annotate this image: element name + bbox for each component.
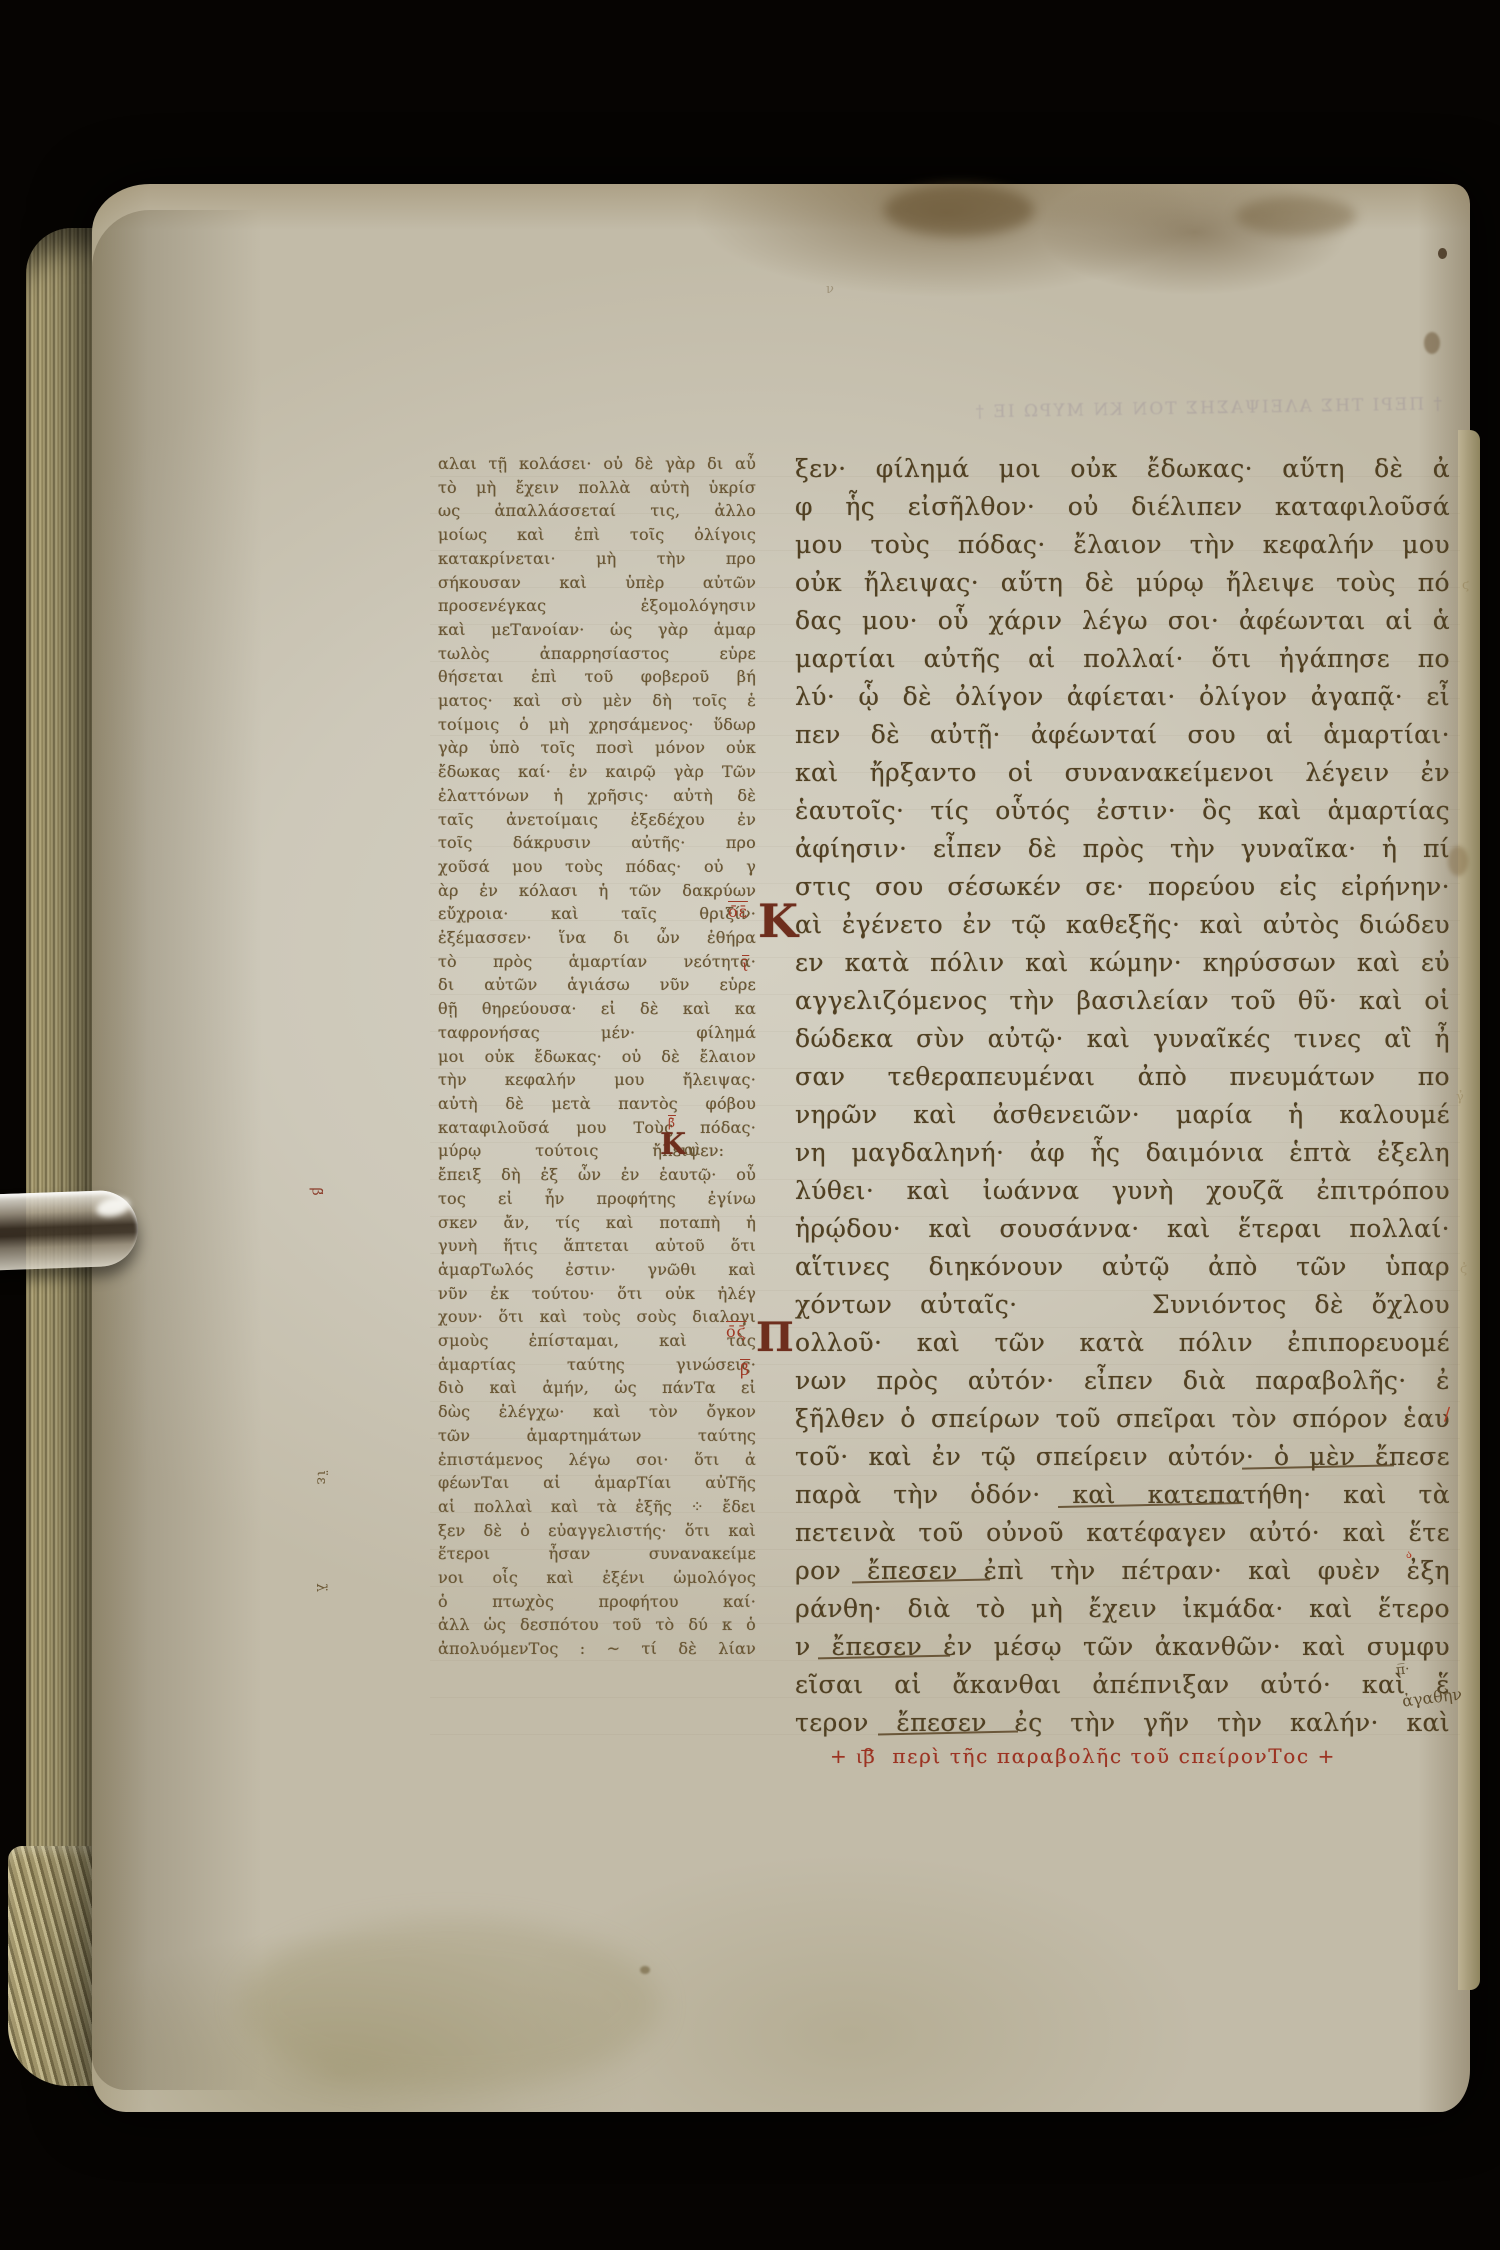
commentary-line: ἀλλ ὡς δεσπότου τοῦ τὸ δύ κ ὁ bbox=[438, 1613, 756, 1637]
margin-mark: ϛ bbox=[1462, 578, 1469, 593]
commentary-line: δὼς ἐλέγχω· καὶ τὸν ὄγκον bbox=[438, 1400, 756, 1424]
commentary-line: χοῦσά μου τοὺς πόδας· οὐ γ bbox=[438, 855, 756, 879]
canon-number: β̄ bbox=[740, 1360, 750, 1379]
commentary-line: ἔπειξ δὴ ἐξ ὧν ἐν ἑαυτῷ· οὗ bbox=[438, 1163, 756, 1187]
commentary-line: ὰρ ἐν κόλασι ἡ τῶν δακρύων bbox=[438, 879, 756, 903]
commentary-column: αλαι τῇ κολάσει· οὐ δὲ γὰρ δι αὖτὸ μὴ ἔχ… bbox=[438, 452, 756, 1661]
commentary-line: καὶ μεΤανοίαν· ὡς γὰρ ἁμαρ bbox=[438, 618, 756, 642]
commentary-line: αὐτὴ δὲ μετὰ παντὸς φόβου bbox=[438, 1092, 756, 1116]
gospel-line: αγγελιζόμενος τὴν βασιλείαν τοῦ θῦ· καὶ … bbox=[795, 982, 1450, 1020]
commentary-line: θῇ θηρεύουσα· εἰ δὲ καὶ κα bbox=[438, 997, 756, 1021]
gospel-line: πεν δὲ αὐτῇ· ἀφέωνταί σου αἱ ἁμαρτίαι· bbox=[795, 716, 1450, 754]
gospel-line: νη μαγδαληνή· ἀφ ἧς δαιμόνια ἑπτὰ ἐξελη bbox=[795, 1134, 1450, 1172]
canon-number: ῑ bbox=[742, 956, 749, 975]
gospel-line: μαρτίαι αὐτῆς αἱ πολλαί· ὅτι ἠγάπησε πο bbox=[795, 640, 1450, 678]
stain bbox=[884, 184, 1034, 236]
gospel-line: ρον ἔπεσεν ἐπὶ τὴν πέτραν· καὶ φυὲν ἐξη bbox=[795, 1552, 1450, 1590]
commentary-line: νοι οἷς καὶ ἐξένι ὡμολόγος bbox=[438, 1566, 756, 1590]
gospel-line: ἡρῴδου· καὶ σουσάννα· καὶ ἕτεραι πολλαί· bbox=[795, 1210, 1450, 1248]
commentary-line: γυνὴ ἥτις ἅπτεται αὐτοῦ ὅτι bbox=[438, 1234, 756, 1258]
commentary-line: νῦν ἐκ τούτου· ὅτι οὐκ ἠλέγ bbox=[438, 1282, 756, 1306]
commentary-line: τὴν κεφαλήν μου ἤλειψας· bbox=[438, 1068, 756, 1092]
gospel-line: εν κατὰ πόλιν καὶ κώμην· κηρύσσων καὶ εὐ bbox=[795, 944, 1450, 982]
gospel-line: νηρῶν καὶ ἀσθενειῶν· μαρία ἡ καλουμέ bbox=[795, 1096, 1450, 1134]
gospel-line: ξῆλθεν ὁ σπείρων τοῦ σπεῖραι τὸν σπόρον … bbox=[795, 1400, 1450, 1438]
commentary-line: προσενέγκας ἐξομολόγησιν bbox=[438, 594, 756, 618]
commentary-line: ἐλαττόνων ἡ χρῆσις· αὐτὴ δὲ bbox=[438, 784, 756, 808]
commentary-line: μοίως καὶ ἐπὶ τοῖς ὀλίγοις bbox=[438, 523, 756, 547]
gospel-line: λύ· ᾧ δὲ ὀλίγον ἀφίεται· ὀλίγον ἀγαπᾷ· ε… bbox=[795, 678, 1450, 716]
commentary-line: χουν· ὅτι καὶ τοὺς σοὺς διαλογι bbox=[438, 1305, 756, 1329]
commentary-canon-number: β̄ bbox=[668, 1116, 676, 1130]
commentary-line: εὔχροια· καὶ ταῖς θριξίν· bbox=[438, 902, 756, 926]
commentary-line: ἁμαρΤωλός ἐστιν· γνῶθι καὶ bbox=[438, 1258, 756, 1282]
gospel-line: ἑαυτοῖς· τίς οὗτός ἐστιν· ὃς καὶ ἁμαρτία… bbox=[795, 792, 1450, 830]
commentary-line: δι αὐτῶν ἁγιάσω νῦν εὑρε bbox=[438, 973, 756, 997]
commentary-line: ἐπιστάμενος λέγω σοι· ὅτι ἀ bbox=[438, 1448, 756, 1472]
gospel-line: χόντων αὐταῖς· Συνιόντος δὲ ὄχλου bbox=[795, 1286, 1450, 1324]
manuscript-photo: † ΠΕΡΙ ΤΗΣ ΑΛΕΙΨΑΣΗΣ ΤΟΝ ΚΝ ΜΥΡΩ ΙΕ † ν … bbox=[0, 0, 1500, 2250]
gospel-line: ἀφίησιν· εἶπεν δὲ πρὸς τὴν γυναῖκα· ἡ πί bbox=[795, 830, 1450, 868]
gospel-line: αἵτινες διηκόνουν αὐτῷ ἀπὸ τῶν ὑπαρ bbox=[795, 1248, 1450, 1286]
commentary-initial-rest: αὶ bbox=[684, 1140, 701, 1159]
commentary-line: κατακρίνεται· μὴ τὴν προ bbox=[438, 547, 756, 571]
commentary-line: τοῖς δάκρυσιν αὐτῆς· προ bbox=[438, 831, 756, 855]
commentary-line: αλαι τῇ κολάσει· οὐ δὲ γὰρ δι αὖ bbox=[438, 452, 756, 476]
margin-mark: ϊε bbox=[313, 1471, 329, 1486]
water-stain bbox=[240, 1920, 660, 2090]
gospel-line: σαν τεθεραπευμέναι ἀπὸ πνευμάτων πο bbox=[795, 1058, 1450, 1096]
stain bbox=[1438, 248, 1447, 259]
gospel-line: εῖσαι αἱ ἄκανθαι ἀπέπνιξαν αὐτό· καὶ ἕ bbox=[795, 1666, 1450, 1704]
commentary-line: αἱ πολλαὶ καὶ τὰ ἑξῆς ⁘ ἔδει bbox=[438, 1495, 756, 1519]
margin-mark: ϛ̓ bbox=[1460, 1262, 1467, 1277]
commentary-line: ἁμαρτίας ταύτης γινώσεις· bbox=[438, 1353, 756, 1377]
commentary-line: ἐξέμασσεν· ἵνα δι ὧν ἐθήρα bbox=[438, 926, 756, 950]
commentary-line: ἔδωκας καί· ἐν καιρῷ γὰρ Τῶν bbox=[438, 760, 756, 784]
gospel-line: φ ἧς εἰσῆλθον· οὐ διέλιπεν καταφιλοῦσά bbox=[795, 488, 1450, 526]
gospel-line: τοῦ· καὶ ἐν τῷ σπείρειν αὐτόν· ὁ μὲν ἔπε… bbox=[795, 1438, 1450, 1476]
underlying-page-edge bbox=[1458, 430, 1480, 1990]
commentary-line: διὸ καὶ ἀμήν, ὡς πάνΤα εἰ bbox=[438, 1376, 756, 1400]
gospel-line: αὶ ἐγένετο ἐν τῷ καθεξῆς· καὶ αὐτὸς διώδ… bbox=[795, 906, 1450, 944]
gospel-line: καὶ ἤρξαντο οἱ συνανακείμενοι λέγειν ἐν bbox=[795, 754, 1450, 792]
initial-kappa: Κ bbox=[758, 898, 798, 944]
gospel-line: νων πρὸς αὐτόν· εἶπεν διὰ παραβολῆς· ἐ bbox=[795, 1362, 1450, 1400]
section-number: ο̄ε̄ bbox=[728, 902, 748, 921]
margin-mark: β̈ bbox=[309, 1187, 325, 1196]
stain bbox=[1236, 196, 1356, 236]
gospel-column: ξεν· φίλημά μοι οὐκ ἔδωκας· αὕτη δὲ ἀφ ἧ… bbox=[795, 450, 1450, 1742]
commentary-line: ξεν δὲ ὁ εὐαγγελιστής· ὅτι καὶ bbox=[438, 1519, 756, 1543]
top-edge-mark: ν bbox=[826, 282, 834, 297]
stain bbox=[1448, 846, 1468, 876]
commentary-line: ταφρονήσας μέν· φίλημά bbox=[438, 1021, 756, 1045]
gloss-mark: π̅· bbox=[1395, 1661, 1411, 1679]
gospel-line: ν ἔπεσεν ἐν μέσῳ τῶν ἀκανθῶν· καὶ συμφυ bbox=[795, 1628, 1450, 1666]
commentary-line: τὸ πρὸς ἁμαρτίαν νεότητα· bbox=[438, 950, 756, 974]
margin-mark: ა bbox=[1406, 1548, 1412, 1561]
gospel-line: οὐκ ἤλειψας· αὕτη δὲ μύρῳ ἤλειψε τοὺς πό bbox=[795, 564, 1450, 602]
margin-mark: ∕ bbox=[1444, 1404, 1450, 1425]
commentary-initial-kappa: Κ bbox=[660, 1130, 686, 1160]
gospel-line: δώδεκα σὺν αὐτῷ· καὶ γυναῖκές τινες αἳ ἦ bbox=[795, 1020, 1450, 1058]
commentary-line: μύρῳ τούτοις ἤλειψεν: bbox=[438, 1139, 756, 1163]
commentary-line: ὁ πτωχὸς προφήτου καί· bbox=[438, 1590, 756, 1614]
commentary-line: μοι οὐκ ἔδωκας· οὐ δὲ ἔλαιον bbox=[438, 1045, 756, 1069]
commentary-line: σήκουσαν καὶ ὑπὲρ αὐτῶν bbox=[438, 571, 756, 595]
commentary-line: σκεν ἄν, τίς καὶ ποταπὴ ἡ bbox=[438, 1211, 756, 1235]
commentary-line: τωλὸς ἀπαρρησίαστος εὑρε bbox=[438, 642, 756, 666]
gospel-line: στις σου σέσωκέν σε· πορεύου εἰς εἰρήνην… bbox=[795, 868, 1450, 906]
initial-pi: Π bbox=[756, 1318, 794, 1358]
gospel-line: ξεν· φίλημά μοι οὐκ ἔδωκας· αὕτη δὲ ἀ bbox=[795, 450, 1450, 488]
commentary-line: γὰρ ὑπὸ τοῖς ποσὶ μόνον οὐκ bbox=[438, 736, 756, 760]
commentary-line: τὸ μὴ ἔχειν πολλὰ αὐτὴ ὑκρίσ bbox=[438, 476, 756, 500]
commentary-line: καταφιλοῦσά μου Τοὺς πόδας· bbox=[438, 1116, 756, 1140]
margin-mark: γ̓ bbox=[1456, 1090, 1464, 1105]
gospel-line: μου τοὺς πόδας· ἔλαιον τὴν κεφαλήν μου bbox=[795, 526, 1450, 564]
commentary-line: τος εἰ ἦν προφήτης ἐγίνω bbox=[438, 1187, 756, 1211]
commentary-line: ἀπολυόμενΤος : ~ τί δὲ λίαν bbox=[438, 1637, 756, 1661]
gospel-line: παρὰ τὴν ὁδόν· καὶ κατεπατήθη· καὶ τὰ bbox=[795, 1476, 1450, 1514]
gospel-line: ράνθη· διὰ τὸ μὴ ἔχειν ἰκμάδα· καὶ ἕτερο bbox=[795, 1590, 1450, 1628]
rubric-line: + ι͞β περὶ τῆϲ παραβολῆϲ τοῦ ϲπείρονΤοϲ … bbox=[830, 1744, 1336, 1769]
commentary-line: ματος· καὶ σὺ μὲν δὴ τοῖς ἑ bbox=[438, 689, 756, 713]
stain bbox=[1424, 332, 1440, 354]
gospel-line: λύθει· καὶ ἰωάννα γυνὴ χουζᾶ ἐπιτρόπου bbox=[795, 1172, 1450, 1210]
gospel-line: τερον ἔπεσεν ἐς τὴν γῆν τὴν καλήν· καὶ bbox=[795, 1704, 1450, 1742]
commentary-line: ως ἀπαλλάσσεταί τις, ἀλλο bbox=[438, 499, 756, 523]
gospel-line: δας μου· οὗ χάριν λέγω σοι· ἀφέωνται αἱ … bbox=[795, 602, 1450, 640]
commentary-line: ταῖς ἀνετοίμαις ἐξεδέχου ἐν bbox=[438, 808, 756, 832]
margin-mark: λ̈ bbox=[313, 1583, 329, 1593]
commentary-line: ἕτεροι ἦσαν συνανακείμε bbox=[438, 1542, 756, 1566]
commentary-line: τῶν ἁμαρτημάτων ταύτης bbox=[438, 1424, 756, 1448]
commentary-line: σμοὺς ἐπίσταμαι, καὶ τὰς bbox=[438, 1329, 756, 1353]
gospel-line: πετεινὰ τοῦ οὐνοῦ κατέφαγεν αὐτό· καὶ ἕτ… bbox=[795, 1514, 1450, 1552]
commentary-line: τοίμοις ὁ μὴ χρησάμενος· ὕδωρ bbox=[438, 713, 756, 737]
commentary-line: θήσεται ἐπὶ τοῦ φοβεροῦ βή bbox=[438, 665, 756, 689]
commentary-line: φέωνΤαι αἱ ἁμαρΤίαι αὐΤῆς bbox=[438, 1471, 756, 1495]
gospel-line: ολλοῦ· καὶ τῶν κατὰ πόλιν ἐπιπορευομέ bbox=[795, 1324, 1450, 1362]
section-number: ο̄ϛ̄ bbox=[726, 1322, 747, 1341]
gutter-shadow bbox=[92, 210, 262, 2090]
